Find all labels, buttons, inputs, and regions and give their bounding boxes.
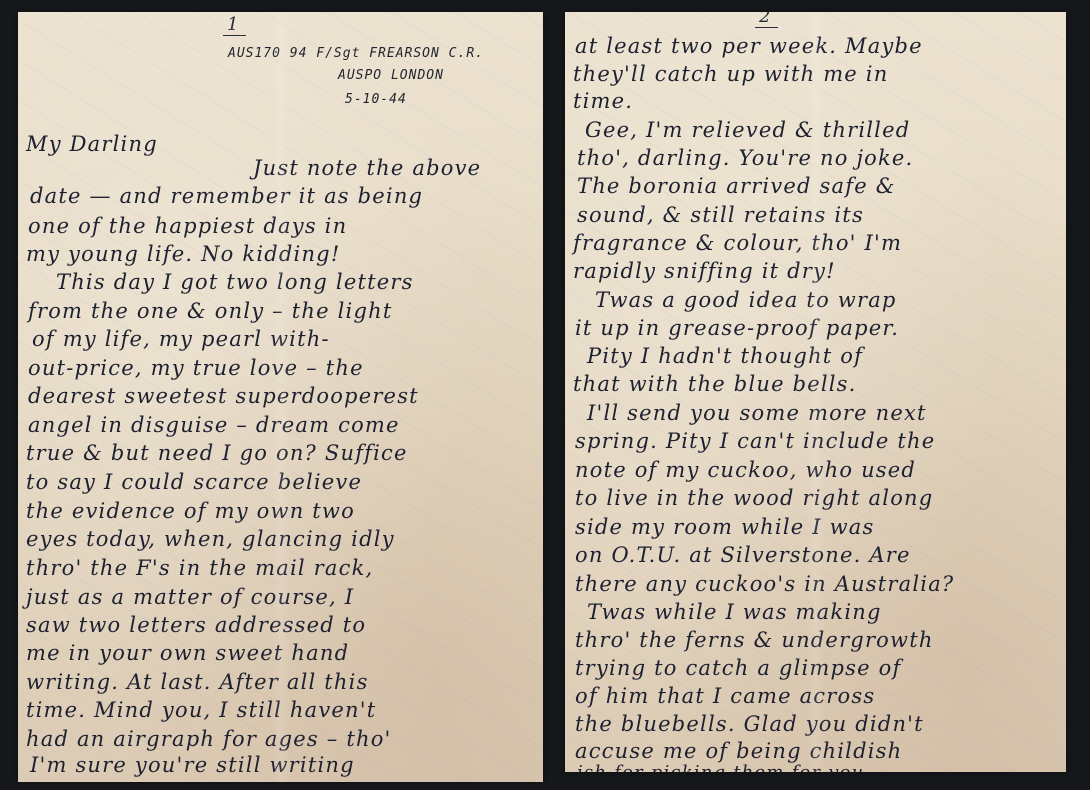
text-line: time.	[573, 89, 633, 113]
text-line: ish for picking them for you.	[577, 762, 871, 772]
text-line: me in your own sweet hand	[26, 641, 349, 665]
text-line: thro' the F's in the mail rack,	[26, 556, 373, 580]
text-line: fragrance & colour, tho' I'm	[573, 231, 902, 255]
text-line: they'll catch up with me in	[573, 62, 888, 86]
text-line: Gee, I'm relieved & thrilled	[585, 118, 910, 142]
text-line: true & but need I go on? Suffice	[26, 441, 408, 465]
text-line: eyes today, when, glancing idly	[26, 527, 395, 551]
text-line: Just note the above	[253, 156, 481, 180]
letter-page-2: 2 at least two per week. Maybe they'll c…	[565, 12, 1066, 772]
text-line: thro' the ferns & undergrowth	[575, 628, 934, 652]
text-line: saw two letters addressed to	[26, 613, 366, 637]
date-line: 5-10-44	[345, 92, 407, 107]
text-line: Twas a good idea to wrap	[595, 288, 897, 312]
text-line: The boronia arrived safe &	[577, 174, 896, 198]
page-number: 1	[223, 14, 246, 36]
text-line: writing. At last. After all this	[26, 670, 369, 694]
text-line: Pity I hadn't thought of	[587, 344, 863, 368]
text-line: the bluebells. Glad you didn't	[575, 712, 924, 736]
text-line: had an airgraph for ages – tho'	[26, 727, 392, 751]
text-line: of him that I came across	[575, 684, 875, 708]
text-line: time. Mind you, I still haven't	[26, 698, 376, 722]
text-line: of my life, my pearl with-	[32, 327, 330, 351]
text-line: I'm sure you're still writing	[30, 753, 355, 777]
text-line: from the one & only – the light	[28, 299, 392, 323]
text-line: dearest sweetest superdooperest	[28, 384, 419, 408]
text-line: rapidly sniffing it dry!	[573, 259, 836, 283]
text-line: note of my cuckoo, who used	[575, 458, 916, 482]
text-line: date — and remember it as being	[30, 184, 423, 208]
text-line: to live in the wood right along	[575, 486, 933, 510]
text-line: I'll send you some more next	[587, 401, 927, 425]
text-line: one of the happiest days in	[28, 214, 347, 238]
text-line: out-price, my true love – the	[28, 356, 364, 380]
text-line: sound, & still retains its	[577, 203, 864, 227]
text-line: accuse me of being childish	[575, 739, 902, 763]
text-line: trying to catch a glimpse of	[575, 656, 901, 680]
text-line: at least two per week. Maybe	[575, 34, 923, 58]
text-line: This day I got two long letters	[56, 270, 414, 294]
text-line: my young life. No kidding!	[26, 242, 340, 266]
letter-page-1: 1 AUS170 94 F/Sgt FREARSON C.R. AUSPO LO…	[18, 12, 543, 782]
text-line: there any cuckoo's in Australia?	[575, 572, 954, 596]
page-number: 2	[755, 12, 778, 28]
text-line: the evidence of my own two	[26, 499, 355, 523]
text-line: to say I could scarce believe	[26, 470, 362, 494]
text-line: angel in disguise – dream come	[28, 413, 400, 437]
text-line: spring. Pity I can't include the	[575, 429, 935, 453]
text-line: My Darling	[26, 132, 158, 156]
text-line: just as a matter of course, I	[26, 585, 354, 609]
text-line: it up in grease-proof paper.	[575, 316, 899, 340]
text-line: side my room while I was	[575, 515, 874, 539]
text-line: on O.T.U. at Silverstone. Are	[575, 543, 911, 567]
text-line: tho', darling. You're no joke.	[577, 146, 913, 170]
address-line: AUSPO LONDON	[338, 68, 444, 83]
sender-line: AUS170 94 F/Sgt FREARSON C.R.	[228, 46, 484, 61]
text-line: that with the blue bells.	[573, 372, 857, 396]
text-line: Twas while I was making	[587, 600, 882, 624]
